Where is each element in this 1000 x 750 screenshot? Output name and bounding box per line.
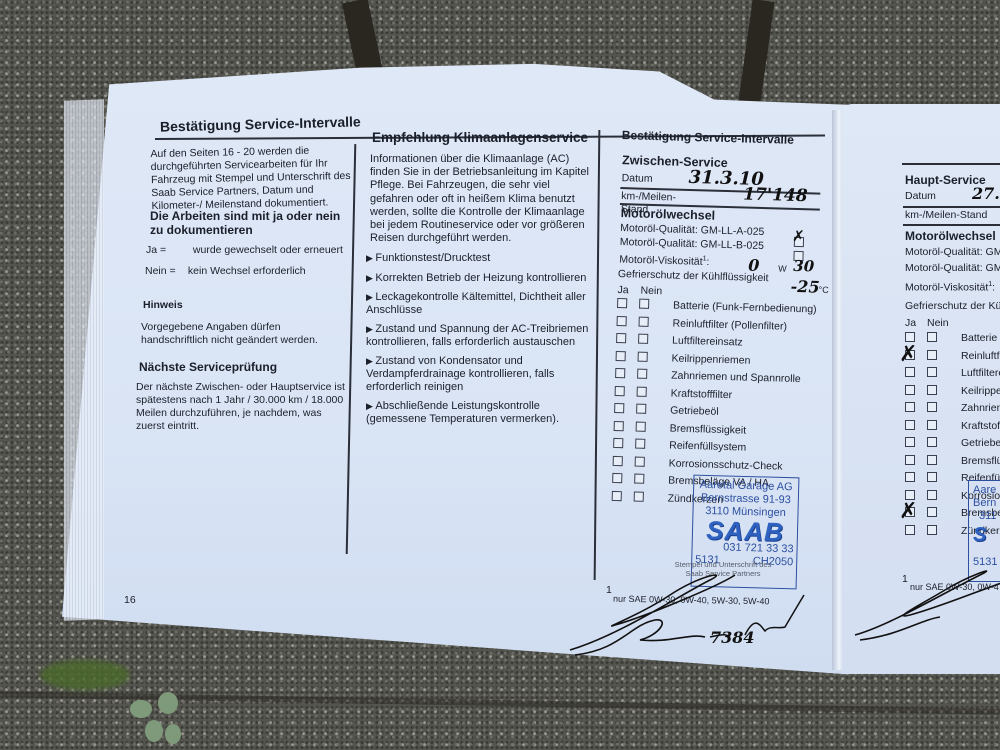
ja-checkbox[interactable] <box>613 455 623 465</box>
nein-checkbox[interactable] <box>638 351 648 361</box>
oil-quality-a-check-mark: ✗ <box>792 227 805 245</box>
hinweis-heading: Hinweis <box>143 299 183 312</box>
nein-checkbox[interactable] <box>635 439 645 449</box>
datum-label: Datum <box>621 172 652 186</box>
checklist-item: Keilrippenriemen <box>615 350 815 369</box>
nein-column-header: Nein <box>640 285 662 299</box>
ja-checkbox[interactable] <box>614 403 624 413</box>
nein-checkbox[interactable] <box>639 316 649 326</box>
checklist-item: Getriebeöl <box>614 403 814 422</box>
nein-checkbox[interactable] <box>636 404 646 414</box>
intro-text: Auf den Seiten 16 - 20 werden die durchg… <box>150 144 351 213</box>
plant-leaf <box>158 692 178 714</box>
ac-item: Zustand von Kondensator und Verdampferdr… <box>366 355 591 394</box>
nein-checkbox[interactable] <box>634 474 644 484</box>
ja-checkbox[interactable] <box>614 420 624 430</box>
ac-service-heading: Empfehlung Klimaanlagenservice <box>372 130 588 145</box>
checklist-item: Luftfiltereinsatz <box>616 333 816 352</box>
coolant-unit: °C <box>818 284 828 297</box>
ja-checkbox[interactable] <box>616 333 626 343</box>
checklist-item-label: Reifenfüllsystem <box>669 439 746 453</box>
ja-checkbox[interactable] <box>617 315 627 325</box>
checklist-item-label: Kraftstofffilter <box>671 387 733 401</box>
nein-checkbox[interactable] <box>635 456 645 466</box>
ac-checklist: Funktionstest/Drucktest Korrekten Betrie… <box>366 252 591 430</box>
plant-leaf <box>145 720 163 742</box>
viscosity-label: Motoröl-Viskosität1: <box>619 250 710 269</box>
ac-item: Abschließende Leistungskontrolle (gemess… <box>366 400 591 426</box>
nein-checkbox[interactable] <box>634 491 644 501</box>
signature <box>560 555 820 665</box>
hinweis-text: Vorgegebene Angaben dürfen handschriftli… <box>141 321 326 347</box>
next-service-text: Der nächste Zwischen- oder Hauptservice … <box>136 381 346 433</box>
plant-leaf <box>165 724 181 744</box>
checklist-item-label: Bremsflüssigkeit <box>670 422 747 436</box>
ja-checkbox[interactable] <box>617 298 627 308</box>
ja-column-header: Ja <box>617 284 628 297</box>
checklist-item: Reifenfüllsystem <box>613 438 813 457</box>
ja-text: wurde gewechselt oder erneuert <box>193 244 343 256</box>
checklist-item-label: Korrosionsschutz-Check <box>669 457 783 472</box>
moss-patch <box>40 660 130 690</box>
booklet-page-edges <box>64 99 104 620</box>
viscosity-value-right[interactable]: 30 <box>793 257 814 276</box>
nein-checkbox[interactable] <box>636 421 646 431</box>
ja-checkbox[interactable] <box>612 473 622 483</box>
nein-checkbox[interactable] <box>637 369 647 379</box>
ja-label: Ja = <box>146 244 190 257</box>
checklist-item: Zahnriemen und Spannrolle <box>615 368 815 387</box>
checklist-item-label: Keilrippenriemen <box>671 352 750 366</box>
ja-checkbox[interactable] <box>613 438 623 448</box>
saab-logo: SAAB <box>693 524 797 540</box>
ac-item: Leckagekontrolle Kältemittel, Dichtheit … <box>366 291 591 317</box>
km-value[interactable]: 17'148 <box>743 184 808 206</box>
ac-intro-text: Informationen über die Klimaanlage (AC) … <box>370 153 592 245</box>
nein-label: Nein = <box>145 265 185 278</box>
checklist-item-label: Getriebeöl <box>670 405 719 418</box>
ja-legend: Ja = wurde gewechselt oder erneuert <box>146 244 343 257</box>
ac-item: Zustand und Spannung der AC-Treibriemen … <box>366 323 591 349</box>
next-service-heading: Nächste Serviceprüfung <box>139 360 277 374</box>
nein-text: kein Wechsel erforderlich <box>188 265 306 277</box>
booklet-right-page <box>842 104 1000 674</box>
ja-checkbox[interactable] <box>612 490 622 500</box>
plant-leaf <box>130 700 152 718</box>
checklist-item: Bremsflüssigkeit <box>614 420 814 439</box>
checklist-item-label: Luftfiltereinsatz <box>672 335 743 349</box>
nein-checkbox[interactable] <box>639 299 649 309</box>
checklist-item: Reinluftfilter (Pollenfilter) <box>616 315 816 334</box>
ja-checkbox[interactable] <box>615 385 625 395</box>
page-number: 16 <box>124 594 136 607</box>
ja-checkbox[interactable] <box>616 350 626 360</box>
coolant-value[interactable]: -25 <box>790 277 819 297</box>
viscosity-w: W <box>778 262 787 275</box>
checklist-item-label: Reinluftfilter (Pollenfilter) <box>672 317 787 332</box>
oil-change-heading: Motorölwechsel <box>620 206 715 223</box>
checklist-item: Korrosionsschutz-Check <box>613 455 813 474</box>
nein-checkbox[interactable] <box>637 386 647 396</box>
pavement-crack <box>737 0 774 111</box>
checklist-item-label: Zahnriemen und Spannrolle <box>671 370 801 386</box>
checklist-item: Kraftstofffilter <box>614 385 814 404</box>
nein-legend: Nein = kein Wechsel erforderlich <box>145 265 306 278</box>
ja-checkbox[interactable] <box>615 368 625 378</box>
ac-item: Korrekten Betrieb der Heizung kontrollie… <box>366 272 591 285</box>
documentation-heading: Die Arbeiten sind mit ja oder nein zu do… <box>150 209 355 237</box>
ac-item: Funktionstest/Drucktest <box>366 252 591 265</box>
nein-checkbox[interactable] <box>638 334 648 344</box>
signature-number: 7384 <box>710 628 755 647</box>
